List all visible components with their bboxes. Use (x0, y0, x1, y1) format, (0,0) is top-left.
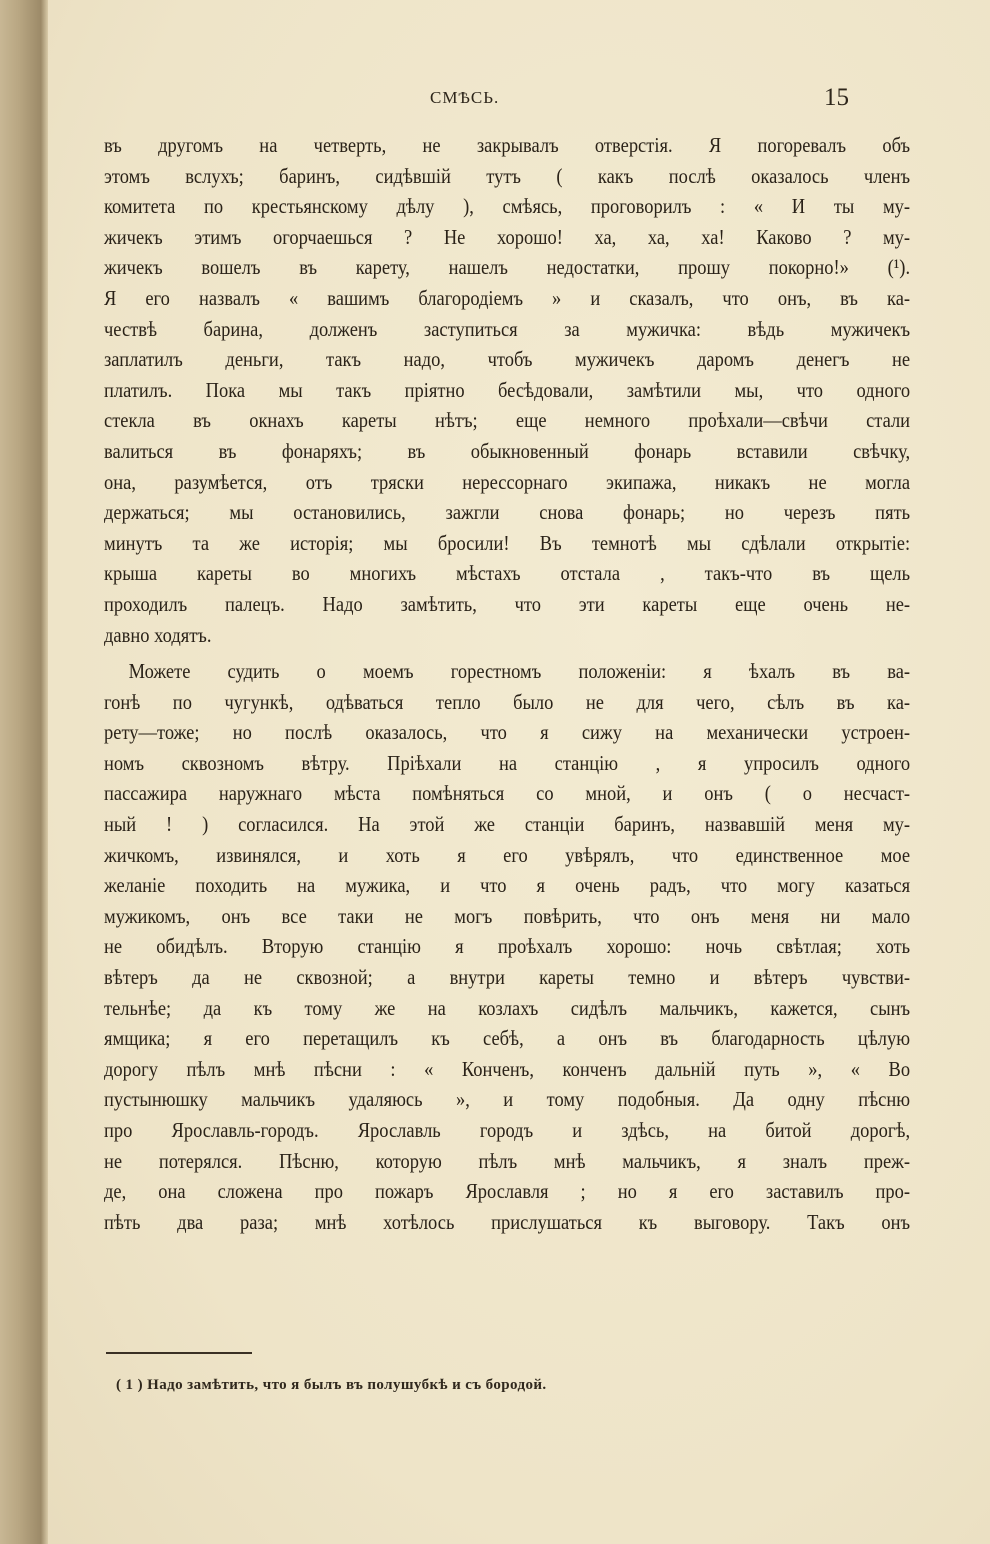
text-line: комитета по крестьянскому дѣлу ), смѣясь… (104, 191, 910, 222)
text-line: крыша кареты во многихъ мѣстахъ отстала … (104, 558, 910, 589)
text-line: Можете судить о моемъ горестномъ положен… (104, 656, 910, 687)
text-line: дорогу пѣлъ мнѣ пѣсни : « Конченъ, конче… (104, 1054, 910, 1085)
text-line: пѣть два раза; мнѣ хотѣлось прислушаться… (104, 1207, 910, 1238)
paragraph: въ другомъ на четверть, не закрывалъ отв… (104, 130, 910, 650)
text-line: платилъ. Пока мы такъ пріятно бесѣдовали… (104, 375, 910, 406)
text-line: тельнѣе; да къ тому же на козлахъ сидѣлъ… (104, 993, 910, 1024)
text-line: проходилъ палецъ. Надо замѣтить, что эти… (104, 589, 910, 620)
text-line: мужикомъ, онъ все таки не могъ повѣрить,… (104, 901, 910, 932)
text-line: гонѣ по чугункѣ, одѣваться тепло было не… (104, 687, 910, 718)
text-line: заплатилъ деньги, такъ надо, чтобъ мужич… (104, 344, 910, 375)
text-line: минутъ та же исторія; мы бросили! Въ тем… (104, 528, 910, 559)
text-line: она, разумѣется, отъ тряски нерессорнаго… (104, 467, 910, 498)
text-line: номъ сквозномъ вѣтру. Пріѣхали на станці… (104, 748, 910, 779)
text-line: желаніе походить на мужика, и что я очен… (104, 870, 910, 901)
text-line: валиться въ фонаряхъ; въ обыкновенный фо… (104, 436, 910, 467)
text-line: держаться; мы остановились, зажгли снова… (104, 497, 910, 528)
text-line: стекла въ окнахъ кареты нѣтъ; еще немног… (104, 405, 910, 436)
text-line: ный ! ) согласился. На этой же станціи б… (104, 809, 910, 840)
text-line: жичкомъ, извинялся, и хоть я его увѣрялъ… (104, 840, 910, 871)
paragraph: Можете судить о моемъ горестномъ положен… (104, 656, 910, 1237)
text-line: давно ходятъ. (104, 620, 910, 651)
text-line: чествѣ барина, долженъ заступиться за му… (104, 314, 910, 345)
book-gutter-shadow (0, 0, 48, 1544)
page-number: 15 (824, 84, 849, 112)
text-line: не обидѣлъ. Вторую станцію я проѣхалъ хо… (104, 931, 910, 962)
text-line: вѣтеръ да не сквозной; а внутри кареты т… (104, 962, 910, 993)
running-head: СМѢСЬ. 15 (48, 86, 990, 116)
text-line: этомъ вслухъ; баринъ, сидѣвшій тутъ ( ка… (104, 161, 910, 192)
footnote: ( 1 ) Надо замѣтить, что я былъ въ полуш… (116, 1377, 547, 1394)
text-line: жичекъ этимъ огорчаешься ? Не хорошо! ха… (104, 222, 910, 253)
body-text: въ другомъ на четверть, не закрывалъ отв… (104, 130, 910, 1237)
running-title: СМѢСЬ. (430, 88, 499, 108)
footnote-divider (106, 1352, 252, 1354)
text-line: рету—тоже; но послѣ оказалось, что я сиж… (104, 717, 910, 748)
text-line: въ другомъ на четверть, не закрывалъ отв… (104, 130, 910, 161)
text-line: Я его назвалъ « вашимъ благородіемъ » и … (104, 283, 910, 314)
text-line: про Ярославль-городъ. Ярославль городъ и… (104, 1115, 910, 1146)
text-line: пустынюшку мальчикъ удаляюсь », и тому п… (104, 1084, 910, 1115)
text-line: ямщика; я его перетащилъ къ себѣ, а онъ … (104, 1023, 910, 1054)
book-page: СМѢСЬ. 15 въ другомъ на четверть, не зак… (48, 0, 990, 1544)
text-line: пассажира наружнаго мѣста помѣняться со … (104, 778, 910, 809)
text-line: жичекъ вошелъ въ карету, нашелъ недостат… (104, 252, 910, 283)
text-line: не потерялся. Пѣсню, которую пѣлъ мнѣ ма… (104, 1146, 910, 1177)
text-line: де, она сложена про пожаръ Ярославля ; н… (104, 1176, 910, 1207)
